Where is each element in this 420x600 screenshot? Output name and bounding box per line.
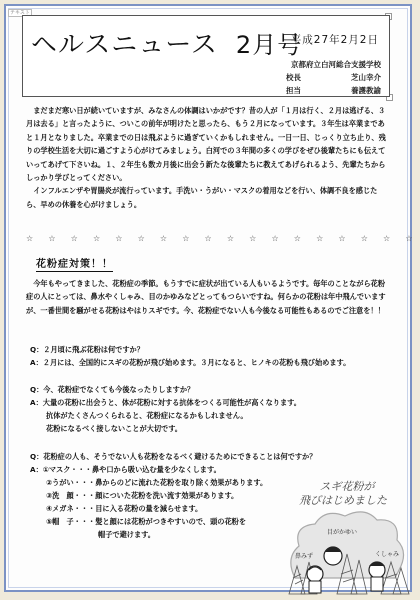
star-divider: ☆ ☆ ☆ ☆ ☆ ☆ ☆ ☆ ☆ ☆ ☆ ☆ ☆ ☆ ☆ ☆ ☆ ☆ ☆ ☆ …: [26, 234, 386, 243]
issue-date: 平成27年2月2日: [291, 32, 379, 47]
header-textbox[interactable]: ヘルスニュース2月号 平成27年2月2日 京都府立白河総合支援学校 校長 芝山幸…: [22, 15, 390, 97]
answer-continued: 抗体がたくさんつくられると、花粉症になるかもしれません。: [30, 409, 370, 422]
label-eyes: 目がかゆい: [327, 528, 357, 536]
intro-text: まだまだ寒い日が続いていますが、みなさんの体調はいかがです？昔の人が「１月は行く…: [26, 104, 390, 211]
label-nose: 鼻みず: [295, 552, 313, 560]
principal-name: 芝山幸介: [351, 71, 381, 84]
section-title: 花粉症対策！！: [36, 255, 113, 272]
qa-block-1: Q：２月頃に飛ぶ花粉は何ですか？ A：２月には、全国的にスギの花粉が飛び始めます…: [30, 343, 370, 369]
answer: A：２月には、全国的にスギの花粉が飛び始めます。３月になると、ヒノキの花粉も飛び…: [30, 356, 370, 369]
answer-continued: 花粉になるべく接しないことが大切です。: [30, 422, 370, 435]
cedar-cartoon-icon: 目がかゆい 鼻みず くしゃみ: [285, 478, 410, 596]
school-info: 京都府立白河総合支援学校 校長 芝山幸介 担当 養護教諭: [286, 58, 381, 97]
section-intro: 今年もやってきました、花粉症の季節。もうすでに症状が出ている人もいるようです。毎…: [26, 277, 390, 317]
title-text: ヘルスニュース: [31, 30, 218, 60]
intro-paragraph-1: まだまだ寒い日が続いていますが、みなさんの体調はいかがです？昔の人が「１月は行く…: [26, 104, 390, 184]
qa-block-2: Q：今、花粉症でなくても今後なったりしますか？ A：大量の花粉に出会うと、体が花…: [30, 383, 370, 435]
question: Q：２月頃に飛ぶ花粉は何ですか？: [30, 343, 370, 356]
principal-label: 校長: [286, 71, 301, 84]
staff-row: 担当 養護教諭: [286, 84, 381, 97]
label-sneeze: くしゃみ: [375, 551, 399, 558]
answer: A：大量の花粉に出会うと、体が花粉に対する抗体をつくる可能性が高くなります。: [30, 396, 370, 409]
question: Q：今、花粉症でなくても今後なったりしますか？: [30, 383, 370, 396]
question: Q：花粉症の人も、そうでない人も花粉をなるべく避けるためにできることは何ですか？: [30, 450, 370, 463]
pollen-illustration: スギ花粉が 飛びはじめました 目がかゆい 鼻みず くしゃみ: [285, 478, 410, 596]
staff-name: 養護教諭: [351, 84, 381, 97]
newsletter-title: ヘルスニュース2月号: [31, 24, 302, 61]
intro-paragraph-2: インフルエンザや胃腸炎が流行っています。手洗い・うがい・マスクの着用などを行い、…: [26, 184, 390, 211]
principal-row: 校長 芝山幸介: [286, 71, 381, 84]
school-name: 京都府立白河総合支援学校: [286, 58, 381, 71]
staff-label: 担当: [286, 84, 301, 97]
section-intro-paragraph: 今年もやってきました、花粉症の季節。もうすでに症状が出ている人もいるようです。毎…: [26, 277, 390, 317]
answer: A：①マスク・・・鼻や口から吸い込む量を少なくします。: [30, 463, 370, 476]
